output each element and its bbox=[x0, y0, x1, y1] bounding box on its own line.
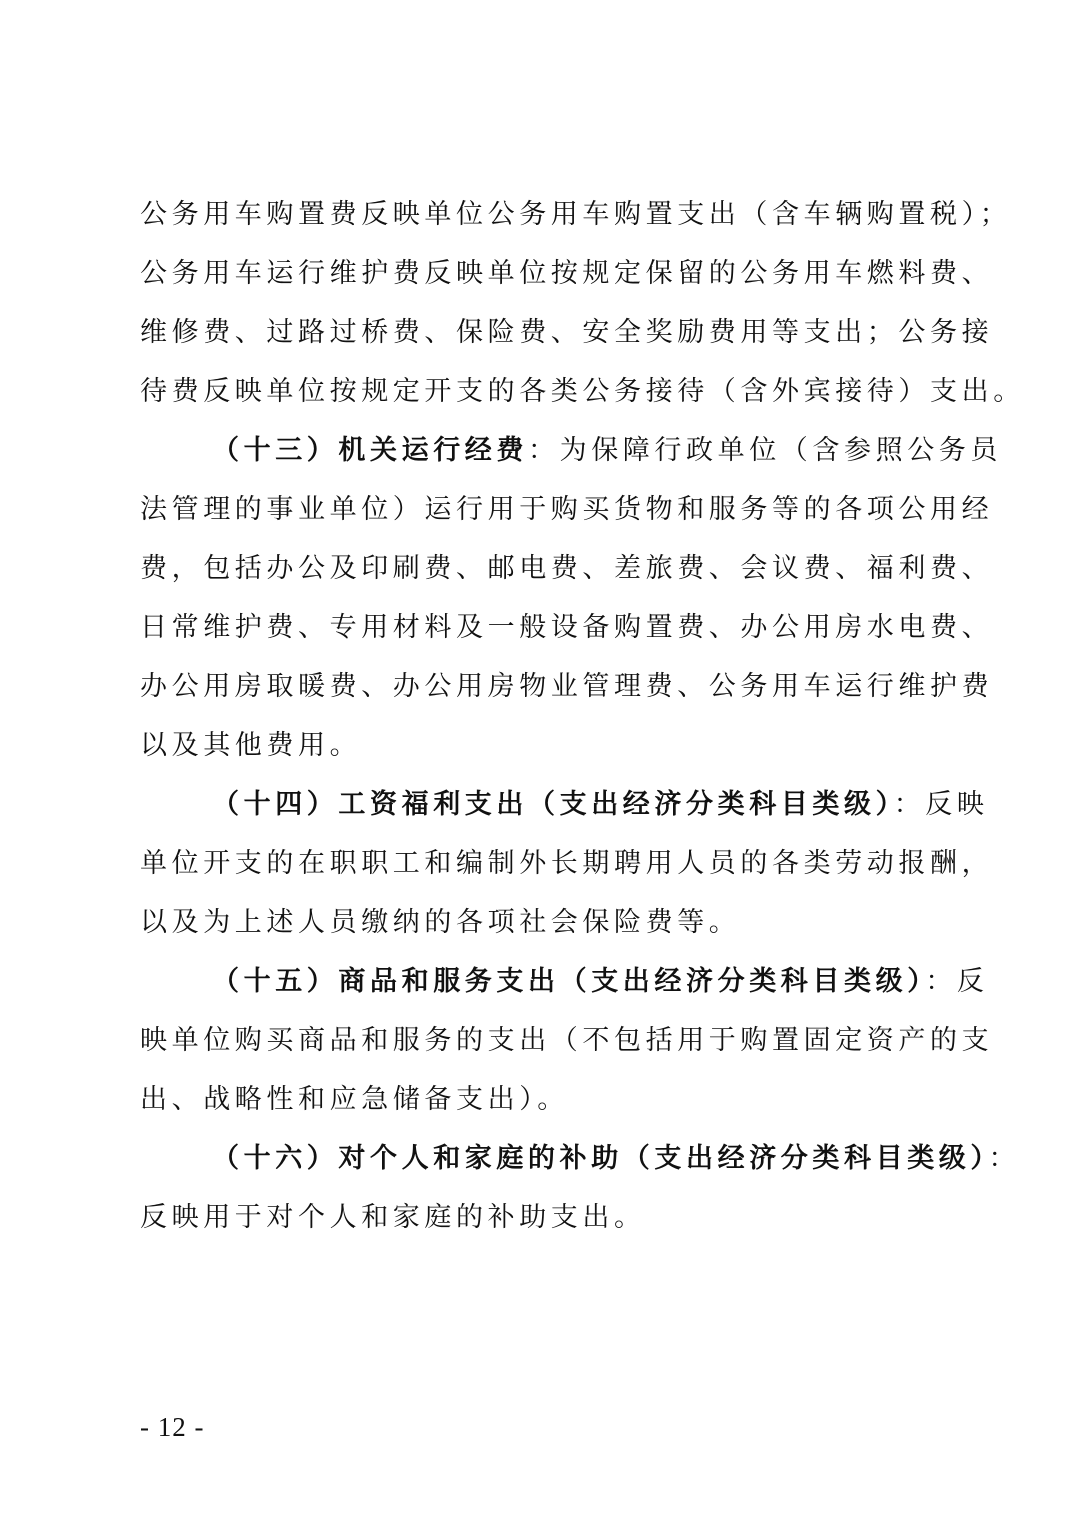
text-line: （十三）机关运行经费：为保障行政单位（含参照公务员 bbox=[140, 428, 940, 487]
paragraph-15-goods-services: （十五）商品和服务支出（支出经济分类科目类级）：反 映单位购买商品和服务的支出（… bbox=[140, 959, 940, 1136]
section-heading: （十四）工资福利支出（支出经济分类科目类级） bbox=[212, 789, 894, 820]
text-line: 出、战略性和应急储备支出）。 bbox=[140, 1077, 940, 1136]
paragraph-vehicle-expenses: 公务用车购置费反映单位公务用车购置支出（含车辆购置税）； 公务用车运行维护费反映… bbox=[140, 192, 940, 428]
text-line: 办公用房取暖费、办公用房物业管理费、公务用车运行维护费 bbox=[140, 664, 940, 723]
paragraph-13-operating-expenses: （十三）机关运行经费：为保障行政单位（含参照公务员 法管理的事业单位）运行用于购… bbox=[140, 428, 940, 782]
text-line: 单位开支的在职职工和编制外长期聘用人员的各类劳动报酬， bbox=[140, 841, 940, 900]
text-line: 费，包括办公及印刷费、邮电费、差旅费、会议费、福利费、 bbox=[140, 546, 940, 605]
paragraph-14-salary-welfare: （十四）工资福利支出（支出经济分类科目类级）：反映 单位开支的在职职工和编制外长… bbox=[140, 782, 940, 959]
text-line: （十六）对个人和家庭的补助（支出经济分类科目类级）： bbox=[140, 1136, 940, 1195]
text-line: 公务用车运行维护费反映单位按规定保留的公务用车燃料费、 bbox=[140, 251, 940, 310]
paragraph-16-household-subsidies: （十六）对个人和家庭的补助（支出经济分类科目类级）： 反映用于对个人和家庭的补助… bbox=[140, 1136, 940, 1254]
text-line: （十四）工资福利支出（支出经济分类科目类级）：反映 bbox=[140, 782, 940, 841]
text-line: 维修费、过路过桥费、保险费、安全奖励费用等支出；公务接 bbox=[140, 310, 940, 369]
section-heading: （十五）商品和服务支出（支出经济分类科目类级） bbox=[212, 966, 925, 997]
page-number: - 12 - bbox=[140, 1412, 204, 1443]
section-heading: （十六）对个人和家庭的补助（支出经济分类科目类级） bbox=[212, 1143, 989, 1174]
text-line: 反映用于对个人和家庭的补助支出。 bbox=[140, 1195, 940, 1254]
document-page: 公务用车购置费反映单位公务用车购置支出（含车辆购置税）； 公务用车运行维护费反映… bbox=[0, 0, 1075, 1520]
text-line: 待费反映单位按规定开支的各类公务接待（含外宾接待）支出。 bbox=[140, 369, 940, 428]
document-body: 公务用车购置费反映单位公务用车购置支出（含车辆购置税）； 公务用车运行维护费反映… bbox=[140, 192, 940, 1254]
section-heading: （十三）机关运行经费 bbox=[212, 435, 528, 466]
text-line: （十五）商品和服务支出（支出经济分类科目类级）：反 bbox=[140, 959, 940, 1018]
text-line: 公务用车购置费反映单位公务用车购置支出（含车辆购置税）； bbox=[140, 192, 940, 251]
text-line: 法管理的事业单位）运行用于购买货物和服务等的各项公用经 bbox=[140, 487, 940, 546]
text-line: 日常维护费、专用材料及一般设备购置费、办公用房水电费、 bbox=[140, 605, 940, 664]
text-line: 以及为上述人员缴纳的各项社会保险费等。 bbox=[140, 900, 940, 959]
text-line: 映单位购买商品和服务的支出（不包括用于购置固定资产的支 bbox=[140, 1018, 940, 1077]
text-line: 以及其他费用。 bbox=[140, 723, 940, 782]
